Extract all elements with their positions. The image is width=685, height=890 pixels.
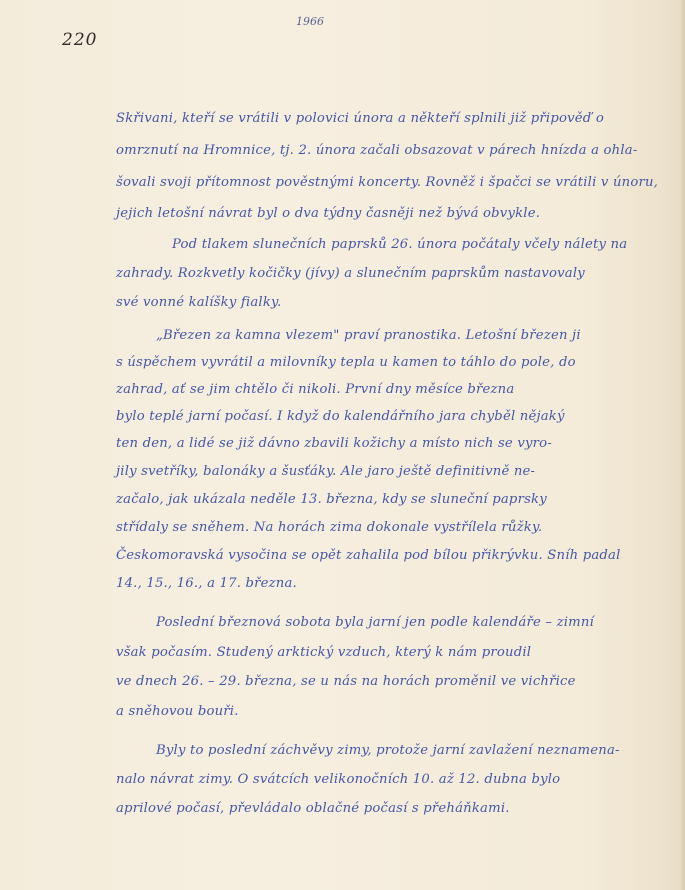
text-line: začalo, jak ukázala neděle 13. března, k… — [116, 491, 547, 509]
text-line: jily svetříky, balonáky a šusťáky. Ale j… — [116, 463, 535, 481]
text-line: ten den, a lidé se již dávno zbavili kož… — [116, 435, 552, 453]
text-line: své vonné kalíšky fialky. — [116, 294, 281, 312]
handwritten-page: 220 1966 Skřivani, kteří se vrátili v po… — [0, 0, 685, 890]
text-line: Poslední březnová sobota byla jarní jen … — [156, 614, 594, 632]
text-line: Pod tlakem slunečních paprsků 26. února … — [172, 236, 627, 254]
text-line: ve dnech 26. – 29. března, se u nás na h… — [116, 673, 576, 691]
text-line: jejich letošní návrat byl o dva týdny ča… — [116, 205, 540, 223]
text-line: Českomoravská vysočina se opět zahalila … — [116, 547, 621, 565]
text-line: a sněhovou bouři. — [116, 703, 239, 721]
text-line: nalo návrat zimy. O svátcích velikonoční… — [116, 771, 560, 789]
text-line: však počasím. Studený arktický vzduch, k… — [116, 644, 531, 662]
page-number: 220 — [62, 30, 97, 50]
text-line: střídaly se sněhem. Na horách zima dokon… — [116, 519, 542, 537]
text-line: aprilové počasí, převládalo oblačné poča… — [116, 800, 510, 818]
text-line: 14., 15., 16., a 17. března. — [116, 575, 297, 593]
text-line: s úspěchem vyvrátil a milovníky tepla u … — [116, 354, 576, 372]
year-header: 1966 — [296, 15, 324, 28]
text-line: šovali svoji přítomnost pověstnými konce… — [116, 174, 658, 192]
text-line: zahrady. Rozkvetly kočičky (jívy) a slun… — [116, 265, 585, 283]
text-line: Skřivani, kteří se vrátili v polovici ún… — [116, 110, 604, 128]
text-line: Byly to poslední záchvěvy zimy, protože … — [156, 742, 620, 760]
text-line: „Březen za kamna vlezem" praví pranostik… — [156, 327, 581, 345]
text-line: omrznutí na Hromnice, tj. 2. února začal… — [116, 142, 638, 160]
text-line: bylo teplé jarní počasí. I když do kalen… — [116, 408, 565, 426]
text-line: zahrad, ať se jim chtělo či nikoli. Prvn… — [116, 381, 514, 399]
